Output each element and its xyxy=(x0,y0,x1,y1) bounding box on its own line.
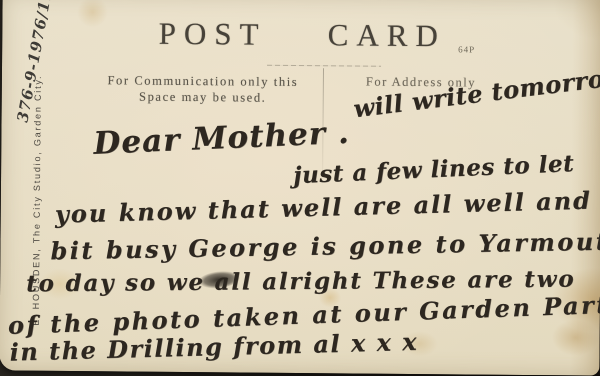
communication-instruction: For Communication only this Space may be… xyxy=(90,73,316,106)
message-line: just a few lines to let xyxy=(293,150,575,190)
message-line: you know that well are all well and a xyxy=(55,186,600,230)
message-line: bit busy George is gone to Yarmouth xyxy=(50,227,600,266)
postcard: POST CARD 64P For Communication only thi… xyxy=(0,0,600,376)
message-salutation: Dear Mother . xyxy=(93,115,351,163)
communication-instruction-line2: Space may be used. xyxy=(90,89,316,107)
message-annotation: will write tomorrow xyxy=(352,62,600,124)
scan-background: POST CARD 64P For Communication only thi… xyxy=(0,0,600,376)
divider-rule-horizontal xyxy=(267,65,381,67)
printer-code: 64P xyxy=(458,44,475,54)
communication-instruction-line1: For Communication only this xyxy=(90,73,316,91)
postcard-title: POST CARD xyxy=(2,14,600,55)
